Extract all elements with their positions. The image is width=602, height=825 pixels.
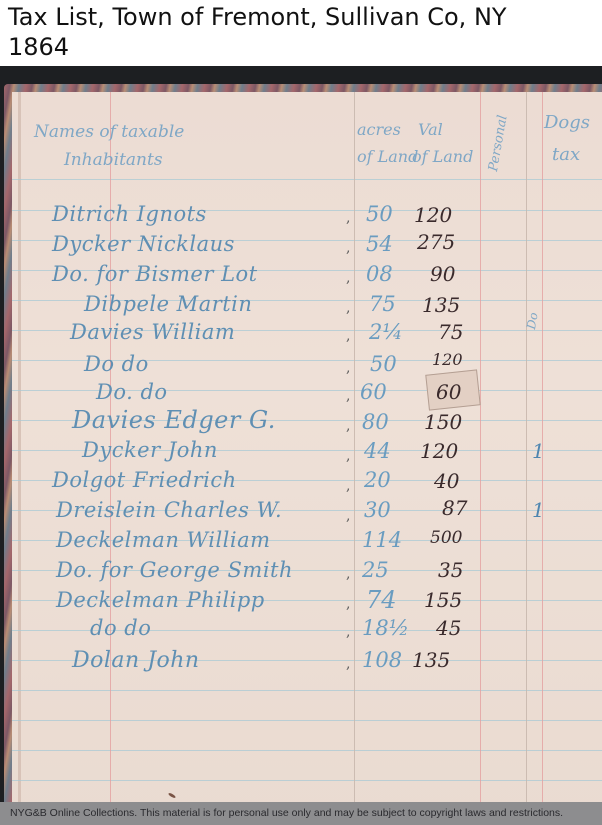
row-value: 120 [414,203,452,227]
row-value: 135 [412,648,450,672]
row-value: 500 [430,528,462,548]
row-name: Davies Edger G. [72,406,276,434]
row-value: 35 [438,558,463,582]
row-acres: 54 [366,232,393,256]
image-viewer: Names of taxable Inhabitants acres of La… [0,66,602,825]
row-value: 60 [436,380,461,404]
page-edge [18,92,21,825]
header-dogs-line1: Dogs [544,112,590,133]
document-title: Tax List, Town of Fremont, Sullivan Co, … [0,0,602,66]
row-acres: 30 [364,498,391,522]
ruled-line [12,179,602,180]
row-acres: 108 [362,648,402,672]
row-dogs: 1 [532,498,545,522]
row-name: Davies William [70,320,235,344]
ledger-page: Names of taxable Inhabitants acres of La… [12,92,602,825]
header-names-line2: Inhabitants [64,150,163,170]
column-line [480,92,481,825]
row-acres: 08 [366,262,393,286]
margin-note: Do [524,311,541,330]
row-acres: 114 [362,528,402,552]
row-name: Deckelman William [56,528,271,552]
ruled-line [12,690,602,691]
column-line [354,92,355,825]
row-value: 120 [420,439,458,463]
row-name: Do. for George Smith [56,558,293,582]
row-value: 275 [417,230,455,254]
row-value: 135 [422,293,460,317]
row-tick: , [346,566,350,582]
row-value: 90 [430,262,455,286]
row-acres: 50 [370,352,397,376]
row-acres: 25 [362,558,389,582]
row-name: Do. for Bismer Lot [52,262,258,286]
row-dogs: 1 [532,439,545,463]
copyright-notice: NYG&B Online Collections. This material … [0,802,602,825]
row-tick: , [346,656,350,672]
header-personal: Personal [486,114,511,173]
header-acres-line2: of Land [357,147,418,166]
row-value: 40 [434,469,459,493]
row-tick: , [346,360,350,376]
row-name: Dolan John [72,648,200,673]
row-tick: , [346,300,350,316]
title-line-1: Tax List, Town of Fremont, Sullivan Co, … [8,2,602,32]
row-acres: 74 [366,586,397,614]
row-name: Dolgot Friedrich [52,468,237,492]
header-value-line2: of Land [412,147,473,166]
header-names-line1: Names of taxable [34,122,184,142]
row-acres: 50 [366,202,393,226]
row-acres: 18½ [362,616,409,640]
ruled-line [12,780,602,781]
row-tick: , [346,328,350,344]
row-value: 75 [438,320,463,344]
row-tick: , [346,448,350,464]
header-dogs-line2: tax [552,144,580,165]
row-value: 45 [436,616,461,640]
row-name: Do. do [96,380,168,404]
ink-spot [168,792,176,799]
row-tick: , [346,418,350,434]
row-tick: , [346,624,350,640]
row-name: Do do [84,352,149,376]
ruled-line [12,750,602,751]
row-tick: , [346,210,350,226]
row-tick: , [346,388,350,404]
row-value: 150 [424,410,462,434]
row-tick: , [346,270,350,286]
row-name: Dycker Nicklaus [52,232,235,256]
row-name: Dreislein Charles W. [56,498,282,522]
row-name: Dibpele Martin [84,292,252,316]
row-value: 87 [442,496,467,520]
row-tick: , [346,508,350,524]
row-tick: , [346,240,350,256]
row-name: Deckelman Philipp [56,588,265,612]
row-value: 155 [424,588,462,612]
row-tick: , [346,596,350,612]
row-acres: 44 [364,439,391,463]
header-value-line1: Val [418,120,443,139]
row-acres: 60 [360,380,387,404]
row-name: Ditrich Ignots [52,202,207,226]
title-line-2: 1864 [8,32,602,62]
row-name: do do [90,616,151,640]
row-acres: 20 [364,468,391,492]
row-acres: 2¼ [369,320,403,344]
row-value: 120 [432,350,463,369]
row-acres: 75 [369,292,396,316]
row-tick: , [346,478,350,494]
ruled-line [12,720,602,721]
column-line [526,92,527,825]
header-acres-line1: acres [357,120,401,139]
row-name: Dycker John [82,438,218,462]
row-acres: 80 [362,410,389,434]
